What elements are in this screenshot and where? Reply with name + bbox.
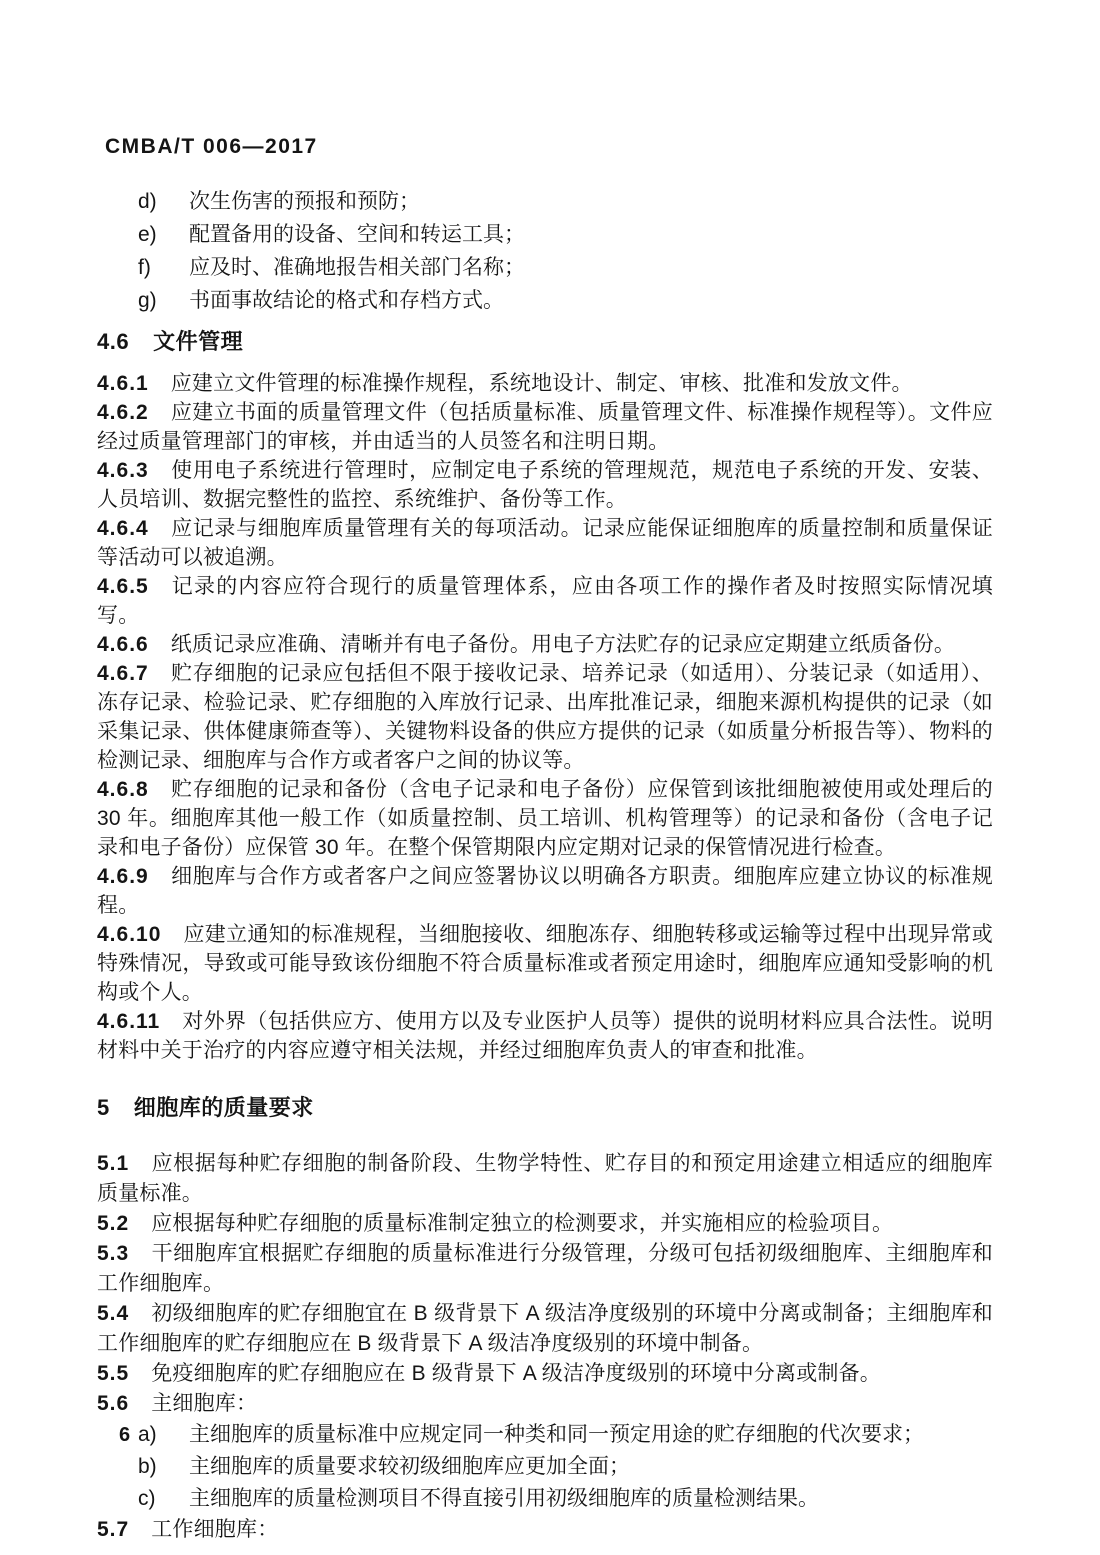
- clause-text: 记录的内容应符合现行的质量管理体系，应由各项工作的操作者及时按照实际情况填写。: [97, 575, 993, 627]
- clause-4-6-4: 4.6.4应记录与细胞库质量管理有关的每项活动。记录应能保证细胞库的质量控制和质…: [97, 514, 993, 572]
- clause-number: 5.4: [97, 1302, 129, 1325]
- clause-4-6-11: 4.6.11对外界（包括供应方、使用方以及专业医护人员等）提供的说明材料应具合法…: [97, 1007, 993, 1065]
- clause-number: 4.6.8: [97, 778, 149, 801]
- alpha-list-a-c: a) 主细胞库的质量标准中应规定同一种类和同一预定用途的贮存细胞的代次要求； b…: [97, 1419, 993, 1515]
- clause-4-6-7: 4.6.7贮存细胞的记录应包括但不限于接收记录、培养记录（如适用）、分装记录（如…: [97, 659, 993, 775]
- section-number: 4.6: [97, 329, 129, 354]
- section-heading-5: 5细胞库的质量要求: [97, 1093, 993, 1123]
- list-item: f) 应及时、准确地报告相关部门名称；: [97, 251, 993, 284]
- list-item: e) 配置备用的设备、空间和转运工具；: [97, 218, 993, 251]
- section-number: 5: [97, 1095, 110, 1120]
- clause-5-3: 5.3干细胞库宜根据贮存细胞的质量标准进行分级管理，分级可包括初级细胞库、主细胞…: [97, 1239, 993, 1299]
- clause-number: 4.6.6: [97, 633, 149, 656]
- clause-number: 5.3: [97, 1242, 129, 1265]
- list-item-label: g): [138, 284, 189, 317]
- clause-4-6-5: 4.6.5记录的内容应符合现行的质量管理体系，应由各项工作的操作者及时按照实际情…: [97, 572, 993, 630]
- page-number: 6: [119, 1424, 130, 1447]
- section-5-clauses: 5.1应根据每种贮存细胞的制备阶段、生物学特性、贮存目的和预定用途建立相适应的细…: [97, 1149, 993, 1545]
- clause-text: 免疫细胞库的贮存细胞应在 B 级背景下 A 级洁净度级别的环境中分离或制备。: [151, 1362, 881, 1385]
- list-item-label: b): [138, 1451, 189, 1483]
- clause-number: 4.6.4: [97, 517, 149, 540]
- clause-number: 5.7: [97, 1518, 129, 1541]
- clause-text: 干细胞库宜根据贮存细胞的质量标准进行分级管理，分级可包括初级细胞库、主细胞库和工…: [97, 1242, 993, 1295]
- list-item: g) 书面事故结论的格式和存档方式。: [97, 284, 993, 317]
- clause-text: 贮存细胞的记录应包括但不限于接收记录、培养记录（如适用）、分装记录（如适用）、冻…: [97, 662, 993, 772]
- clause-number: 4.6.5: [97, 575, 149, 598]
- clause-number: 4.6.1: [97, 372, 149, 395]
- clause-5-2: 5.2应根据每种贮存细胞的质量标准制定独立的检测要求，并实施相应的检验项目。: [97, 1209, 993, 1239]
- clause-5-7: 5.7工作细胞库：: [97, 1515, 993, 1545]
- list-item: d) 次生伤害的预报和预防；: [97, 185, 993, 218]
- list-item-text: 主细胞库的质量检测项目不得直接引用初级细胞库的质量检测结果。: [189, 1483, 993, 1515]
- clause-text: 应根据每种贮存细胞的质量标准制定独立的检测要求，并实施相应的检验项目。: [151, 1212, 893, 1235]
- list-item: b) 主细胞库的质量要求较初级细胞库应更加全面；: [97, 1451, 993, 1483]
- clause-text: 纸质记录应准确、清晰并有电子备份。用电子方法贮存的记录应定期建立纸质备份。: [171, 633, 955, 656]
- list-item-label: c): [138, 1483, 189, 1515]
- list-item: c) 主细胞库的质量检测项目不得直接引用初级细胞库的质量检测结果。: [97, 1483, 993, 1515]
- section-title: 文件管理: [153, 329, 243, 354]
- list-item-text: 主细胞库的质量要求较初级细胞库应更加全面；: [189, 1451, 993, 1483]
- clause-5-5: 5.5免疫细胞库的贮存细胞应在 B 级背景下 A 级洁净度级别的环境中分离或制备…: [97, 1359, 993, 1389]
- clause-text: 工作细胞库：: [151, 1518, 278, 1541]
- clause-text: 初级细胞库的贮存细胞宜在 B 级背景下 A 级洁净度级别的环境中分离或制备；主细…: [97, 1302, 993, 1355]
- clause-4-6-2: 4.6.2应建立书面的质量管理文件（包括质量标准、质量管理文件、标准操作规程等）…: [97, 398, 993, 456]
- clause-5-6: 5.6主细胞库：: [97, 1389, 993, 1419]
- list-item-label: f): [138, 251, 189, 284]
- list-item: a) 主细胞库的质量标准中应规定同一种类和同一预定用途的贮存细胞的代次要求；: [97, 1419, 993, 1451]
- clause-4-6-8: 4.6.8贮存细胞的记录和备份（含电子记录和电子备份）应保管到该批细胞被使用或处…: [97, 775, 993, 862]
- clause-4-6-1: 4.6.1应建立文件管理的标准操作规程，系统地设计、制定、审核、批准和发放文件。: [97, 369, 993, 398]
- clause-number: 4.6.10: [97, 923, 161, 946]
- clause-text: 对外界（包括供应方、使用方以及专业医护人员等）提供的说明材料应具合法性。说明材料…: [97, 1010, 993, 1062]
- clause-text: 细胞库与合作方或者客户之间应签署协议以明确各方职责。细胞库应建立协议的标准规程。: [97, 865, 993, 917]
- list-item-label: a): [138, 1419, 189, 1451]
- doc-code: CMBA/T 006—2017: [105, 135, 993, 159]
- clause-5-4: 5.4初级细胞库的贮存细胞宜在 B 级背景下 A 级洁净度级别的环境中分离或制备…: [97, 1299, 993, 1359]
- clause-text: 使用电子系统进行管理时，应制定电子系统的管理规范，规范电子系统的开发、安装、人员…: [97, 459, 993, 511]
- clause-4-6-9: 4.6.9细胞库与合作方或者客户之间应签署协议以明确各方职责。细胞库应建立协议的…: [97, 862, 993, 920]
- clause-text: 应建立文件管理的标准操作规程，系统地设计、制定、审核、批准和发放文件。: [171, 372, 913, 395]
- list-item-text: 书面事故结论的格式和存档方式。: [189, 284, 993, 317]
- clause-number: 4.6.9: [97, 865, 149, 888]
- clause-5-1: 5.1应根据每种贮存细胞的制备阶段、生物学特性、贮存目的和预定用途建立相适应的细…: [97, 1149, 993, 1209]
- section-4-6-clauses: 4.6.1应建立文件管理的标准操作规程，系统地设计、制定、审核、批准和发放文件。…: [97, 369, 993, 1065]
- clause-4-6-6: 4.6.6纸质记录应准确、清晰并有电子备份。用电子方法贮存的记录应定期建立纸质备…: [97, 630, 993, 659]
- clause-number: 5.1: [97, 1152, 129, 1175]
- section-title: 细胞库的质量要求: [134, 1095, 314, 1120]
- clause-text: 应记录与细胞库质量管理有关的每项活动。记录应能保证细胞库的质量控制和质量保证等活…: [97, 517, 993, 569]
- list-item-text: 主细胞库的质量标准中应规定同一种类和同一预定用途的贮存细胞的代次要求；: [189, 1419, 993, 1451]
- list-item-label: e): [138, 218, 189, 251]
- clause-number: 5.5: [97, 1362, 129, 1385]
- clause-4-6-3: 4.6.3使用电子系统进行管理时，应制定电子系统的管理规范，规范电子系统的开发、…: [97, 456, 993, 514]
- list-item-label: d): [138, 185, 189, 218]
- clause-number: 4.6.7: [97, 662, 149, 685]
- section-heading-4-6: 4.6文件管理: [97, 327, 993, 357]
- clause-number: 4.6.3: [97, 459, 149, 482]
- clause-4-6-10: 4.6.10应建立通知的标准规程，当细胞接收、细胞冻存、细胞转移或运输等过程中出…: [97, 920, 993, 1007]
- clause-text: 应建立书面的质量管理文件（包括质量标准、质量管理文件、标准操作规程等）。文件应经…: [97, 401, 993, 453]
- document-page: CMBA/T 006—2017 d) 次生伤害的预报和预防； e) 配置备用的设…: [0, 0, 1100, 1555]
- clause-number: 4.6.11: [97, 1010, 160, 1033]
- list-item-text: 应及时、准确地报告相关部门名称；: [189, 251, 993, 284]
- clause-text: 贮存细胞的记录和备份（含电子记录和电子备份）应保管到该批细胞被使用或处理后的 3…: [97, 778, 993, 859]
- list-item-text: 次生伤害的预报和预防；: [189, 185, 993, 218]
- clause-text: 应根据每种贮存细胞的制备阶段、生物学特性、贮存目的和预定用途建立相适应的细胞库质…: [97, 1152, 993, 1205]
- alpha-list-d-g: d) 次生伤害的预报和预防； e) 配置备用的设备、空间和转运工具； f) 应及…: [97, 185, 993, 317]
- clause-text: 应建立通知的标准规程，当细胞接收、细胞冻存、细胞转移或运输等过程中出现异常或特殊…: [97, 923, 993, 1004]
- list-item-text: 配置备用的设备、空间和转运工具；: [189, 218, 993, 251]
- clause-number: 4.6.2: [97, 401, 149, 424]
- clause-number: 5.2: [97, 1212, 129, 1235]
- clause-text: 主细胞库：: [151, 1392, 257, 1415]
- clause-number: 5.6: [97, 1392, 129, 1415]
